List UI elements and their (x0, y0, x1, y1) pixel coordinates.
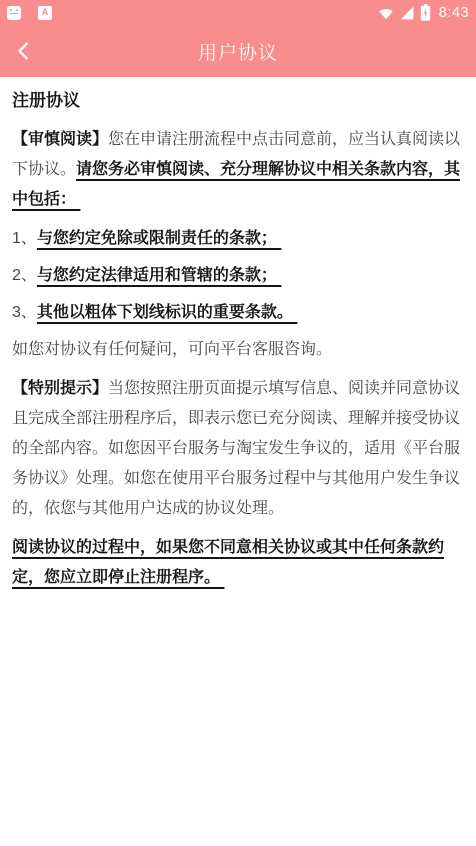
status-bar-indicators: 8:43 (378, 4, 469, 21)
notification-app-a-icon: A (38, 6, 52, 20)
app-bar: 用户协议 (0, 25, 476, 77)
special-body-text: 当您按照注册页面提示填写信息、阅读并同意协议且完成全部注册程序后，即表示您已充分… (12, 380, 460, 517)
special-paragraph: 【特别提示】当您按照注册页面提示填写信息、阅读并同意协议且完成全部注册程序后，即… (12, 374, 464, 524)
item-text: 与您约定法律适用和管辖的条款； (37, 267, 281, 284)
letter-a-glyph: A (42, 8, 49, 17)
battery-charging-icon (420, 4, 431, 21)
wifi-icon (378, 6, 394, 20)
back-button[interactable] (4, 25, 44, 77)
caution-label: 【审慎阅读】 (12, 131, 108, 148)
item-number: 2、 (12, 267, 37, 284)
list-item-1: 1、与您约定免除或限制责任的条款； (12, 224, 464, 254)
item-number: 3、 (12, 304, 37, 321)
item-text: 其他以粗体下划线标识的重要条款。 (37, 304, 297, 321)
agreement-content: 注册协议 【审慎阅读】您在申请注册流程中点击同意前，应当认真阅读以下协议。请您务… (0, 77, 476, 593)
app-screen: A 8:43 用户协议 注册协议 (0, 0, 476, 846)
page-title: 用户协议 (198, 38, 278, 65)
item-number: 1、 (12, 230, 37, 247)
chevron-left-icon (13, 40, 35, 62)
stop-emphasis-text: 阅读协议的过程中，如果您不同意相关协议或其中任何条款约定，您应立即停止注册程序。 (12, 539, 444, 586)
cell-signal-icon (399, 6, 415, 20)
clock-time: 8:43 (439, 5, 469, 20)
item-text: 与您约定免除或限制责任的条款； (37, 230, 281, 247)
notification-app-icon (7, 6, 21, 20)
section-heading: 注册协议 (12, 91, 464, 111)
list-item-2: 2、与您约定法律适用和管辖的条款； (12, 261, 464, 291)
note-paragraph: 如您对协议有任何疑问，可向平台客服咨询。 (12, 335, 464, 365)
list-item-3: 3、其他以粗体下划线标识的重要条款。 (12, 298, 464, 328)
status-bar-notifications: A (7, 6, 52, 20)
special-label: 【特别提示】 (12, 380, 108, 397)
stop-paragraph: 阅读协议的过程中，如果您不同意相关协议或其中任何条款约定，您应立即停止注册程序。 (12, 533, 464, 593)
caution-emphasis-text: 请您务必审慎阅读、充分理解协议中相关条款内容，其中包括： (12, 161, 460, 208)
caution-paragraph: 【审慎阅读】您在申请注册流程中点击同意前，应当认真阅读以下协议。请您务必审慎阅读… (12, 125, 464, 215)
status-bar: A 8:43 (0, 0, 476, 25)
app-logo-glyph (10, 9, 18, 14)
